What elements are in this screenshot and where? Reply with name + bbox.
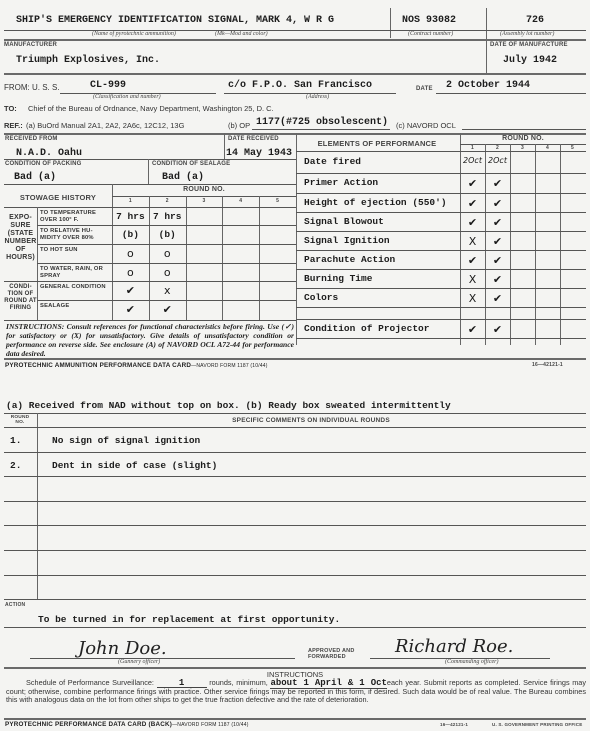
front-footer-title: PYROTECHNIC AMMUNITION PERFORMANCE DATA … bbox=[5, 362, 268, 369]
stowage-title: STOWAGE HISTORY bbox=[4, 193, 112, 202]
ref-b-label: (b) OP bbox=[228, 121, 250, 130]
performance-row-label: Burning Time bbox=[304, 273, 372, 284]
back-footer-title-text: PYROTECHNIC PERFORMANCE DATA CARD (BACK) bbox=[5, 721, 172, 728]
comment-text: No sign of signal ignition bbox=[52, 435, 200, 446]
co-caption: (Commanding officer) bbox=[445, 659, 499, 665]
manufacturer-value: Triumph Explosives, Inc. bbox=[16, 55, 160, 66]
sealage-value: Bad (a) bbox=[162, 172, 204, 183]
front-footer-title-text: PYROTECHNIC AMMUNITION PERFORMANCE DATA … bbox=[5, 362, 191, 369]
assembly-lot-number: 726 bbox=[526, 15, 544, 26]
stowage-round-header: 3 bbox=[186, 198, 223, 204]
back-footer-title: PYROTECHNIC PERFORMANCE DATA CARD (BACK)… bbox=[5, 721, 249, 728]
received-from-label: RECEIVED FROM bbox=[5, 136, 58, 142]
stowage-cell[interactable]: 7 hrs bbox=[149, 211, 186, 222]
performance-cell[interactable]: ✔ bbox=[485, 216, 510, 229]
performance-round-label: ROUND No. bbox=[460, 135, 586, 142]
stowage-row-label: GENERAL CONDITION bbox=[40, 284, 110, 291]
performance-row-label: Condition of Projector bbox=[304, 323, 429, 334]
back-notes: (a) Received from NAD without top on box… bbox=[6, 400, 451, 411]
performance-row-label: Signal Ignition bbox=[304, 235, 390, 246]
comment-line bbox=[4, 575, 586, 576]
back-round-label: ROUND No. bbox=[6, 415, 34, 425]
performance-cell[interactable]: ✔ bbox=[460, 216, 485, 229]
stowage-round-header: 5 bbox=[259, 198, 296, 204]
stowage-cell[interactable]: ✔ bbox=[112, 284, 149, 297]
stowage-cell[interactable]: (b) bbox=[149, 229, 186, 240]
stowage-row-label: TO RELATIVE HU-MIDITY OVER 80% bbox=[40, 228, 110, 241]
performance-row-label: Height of ejection (550') bbox=[304, 197, 447, 208]
performance-cell[interactable]: ✔ bbox=[460, 197, 485, 210]
action-value: To be turned in for replacement at first… bbox=[38, 614, 340, 625]
address-caption: (Address) bbox=[306, 94, 329, 100]
back-footer-gpo: U. S. GOVERNMENT PRINTING OFFICE bbox=[492, 722, 582, 727]
stowage-cell[interactable]: o bbox=[112, 266, 149, 279]
date-received-label: DATE RECEIVED bbox=[228, 136, 279, 142]
date-label: DATE bbox=[416, 86, 433, 92]
approved-label: APPROVED AND FORWARDED bbox=[308, 648, 368, 660]
stowage-history-table: STOWAGE HISTORY ROUND No. 12345 EXPO-SUR… bbox=[4, 184, 296, 320]
back-footer-code: 16—42121-1 bbox=[440, 722, 468, 727]
condition-label: CONDI-TION OF ROUND AT FIRING bbox=[4, 284, 37, 312]
from-ship-value: CL-999 bbox=[90, 80, 126, 91]
performance-cell[interactable]: ✔ bbox=[485, 177, 510, 190]
performance-title: ELEMENTS OF PERFORMANCE bbox=[302, 139, 452, 148]
instr-post: each year. Submit reports as completed. bbox=[387, 678, 521, 687]
performance-row-label: Primer Action bbox=[304, 177, 378, 188]
performance-cell[interactable]: ✔ bbox=[460, 254, 485, 267]
stowage-cell[interactable]: o bbox=[112, 247, 149, 260]
action-label: ACTION bbox=[5, 602, 25, 608]
sealage-label: CONDITION OF SEALAGE bbox=[152, 161, 230, 167]
performance-table: ELEMENTS OF PERFORMANCE ROUND No. 12345 … bbox=[296, 133, 586, 345]
address-value: c/o F.P.O. San Francisco bbox=[228, 80, 372, 91]
comment-line bbox=[4, 550, 586, 551]
stowage-cell[interactable]: ✔ bbox=[149, 303, 186, 316]
stowage-round-header: 2 bbox=[149, 198, 186, 204]
ammunition-name: SHIP'S EMERGENCY IDENTIFICATION SIGNAL, … bbox=[16, 15, 334, 26]
instr-pre: Schedule of Performance Surveillance: bbox=[6, 678, 154, 687]
stowage-row-label: SEALAGE bbox=[40, 303, 110, 310]
stowage-row-label: TO HOT SUN bbox=[40, 247, 110, 254]
comments-label: SPECIFIC COMMENTS ON INDIVIDUAL ROUNDS bbox=[36, 417, 586, 424]
performance-row-label: Signal Blowout bbox=[304, 216, 384, 227]
back-instructions: Schedule of Performance Surveillance: 1 … bbox=[6, 679, 586, 705]
stowage-cell[interactable]: (b) bbox=[112, 229, 149, 240]
performance-cell[interactable]: ✔ bbox=[485, 254, 510, 267]
instr-mid: rounds, minimum, bbox=[209, 678, 268, 687]
stowage-cell[interactable]: 7 hrs bbox=[112, 211, 149, 222]
comment-round-number: 1. bbox=[10, 435, 21, 446]
stowage-round-header: 1 bbox=[112, 198, 149, 204]
comment-text: Dent in side of case (slight) bbox=[52, 460, 217, 471]
assembly-caption: (Assembly lot number) bbox=[500, 31, 554, 37]
performance-cell[interactable]: X bbox=[460, 235, 485, 248]
performance-cell[interactable]: ✔ bbox=[485, 197, 510, 210]
front-instructions: INSTRUCTIONS: Consult references for fun… bbox=[6, 322, 294, 358]
mk-mod-caption: (Mk—Mod and color) bbox=[215, 31, 268, 37]
packing-value: Bad (a) bbox=[14, 172, 56, 183]
performance-cell[interactable]: ✔ bbox=[485, 323, 510, 336]
stowage-round-header: 4 bbox=[222, 198, 259, 204]
performance-cell[interactable]: ✔ bbox=[485, 292, 510, 305]
performance-cell[interactable]: ✔ bbox=[485, 273, 510, 286]
to-label: TO: bbox=[4, 104, 17, 113]
stowage-cell[interactable]: o bbox=[149, 266, 186, 279]
performance-row-label: Parachute Action bbox=[304, 254, 395, 265]
condition-label-text: CONDI-TION OF ROUND AT FIRING bbox=[4, 284, 37, 311]
performance-cell[interactable]: X bbox=[460, 292, 485, 305]
manufacturer-label: MANUFACTURER bbox=[4, 42, 57, 48]
ammunition-caption: (Name of pyrotechnic ammunition) bbox=[92, 31, 176, 37]
performance-cell[interactable]: ✔ bbox=[485, 235, 510, 248]
from-caption: (Classification and number) bbox=[93, 94, 161, 100]
comment-line bbox=[4, 501, 586, 502]
stowage-row-label: TO TEMPERATURE OVER 100° F. bbox=[40, 210, 110, 223]
exposure-label-text: EXPO-SURE (State number of hours) bbox=[5, 214, 37, 261]
date-received-value: 14 May 1943 bbox=[226, 148, 292, 159]
date-of-manufacture-value: July 1942 bbox=[503, 55, 557, 66]
from-label: FROM: U. S. S. bbox=[4, 83, 60, 92]
date-value: 2 October 1944 bbox=[446, 80, 530, 91]
front-footer-code: 16—42121-1 bbox=[532, 362, 563, 368]
commanding-officer-signature: Richard Roe. bbox=[395, 636, 513, 657]
stowage-cell[interactable]: x bbox=[149, 284, 186, 297]
performance-cell[interactable]: 2Oct bbox=[460, 156, 485, 165]
ref-a: (a) BuOrd Manual 2A1, 2A2, 2A6c, 12C12, … bbox=[26, 121, 184, 130]
comment-round-number: 2. bbox=[10, 460, 21, 471]
date-of-manufacture-label: DATE OF MANUFACTURE bbox=[490, 42, 568, 48]
comment-line bbox=[4, 525, 586, 526]
back-footer-form: —NAVORD FORM 1187 (10/44) bbox=[172, 722, 249, 728]
exposure-label: EXPO-SURE (State number of hours) bbox=[4, 214, 37, 262]
ref-c-label: (c) NAVORD OCL bbox=[396, 121, 456, 130]
gunnery-officer-signature: John Doe. bbox=[78, 638, 167, 659]
comment-line bbox=[4, 476, 586, 477]
gunnery-caption: (Gunnery officer) bbox=[118, 659, 160, 665]
packing-label: CONDITION OF PACKING bbox=[5, 161, 82, 167]
stowage-round-label: ROUND No. bbox=[112, 186, 296, 193]
performance-cell[interactable]: ✔ bbox=[460, 177, 485, 190]
performance-row-label: Date fired bbox=[304, 156, 361, 167]
performance-cell[interactable]: ✔ bbox=[460, 323, 485, 336]
ref-label: REF.: bbox=[4, 121, 23, 130]
stowage-row-label: TO WATER, RAIN, OR SPRAY bbox=[40, 266, 110, 279]
received-from-value: N.A.D. Oahu bbox=[16, 148, 82, 159]
to-value: Chief of the Bureau of Ordnance, Navy De… bbox=[28, 104, 274, 113]
contract-caption: (Contract number) bbox=[408, 31, 453, 37]
ref-b-value: 1177(#725 obsolescent) bbox=[256, 117, 388, 128]
comment-line bbox=[4, 452, 586, 453]
performance-cell[interactable]: X bbox=[460, 273, 485, 286]
contract-number: NOS 93082 bbox=[402, 15, 456, 26]
comment-line bbox=[4, 599, 586, 600]
front-footer-form: —NAVORD FORM 1187 (10/44) bbox=[191, 363, 268, 369]
performance-row-label: Colors bbox=[304, 292, 338, 303]
stowage-cell[interactable]: o bbox=[149, 247, 186, 260]
stowage-cell[interactable]: ✔ bbox=[112, 303, 149, 316]
performance-cell[interactable]: 2Oct bbox=[485, 156, 510, 165]
